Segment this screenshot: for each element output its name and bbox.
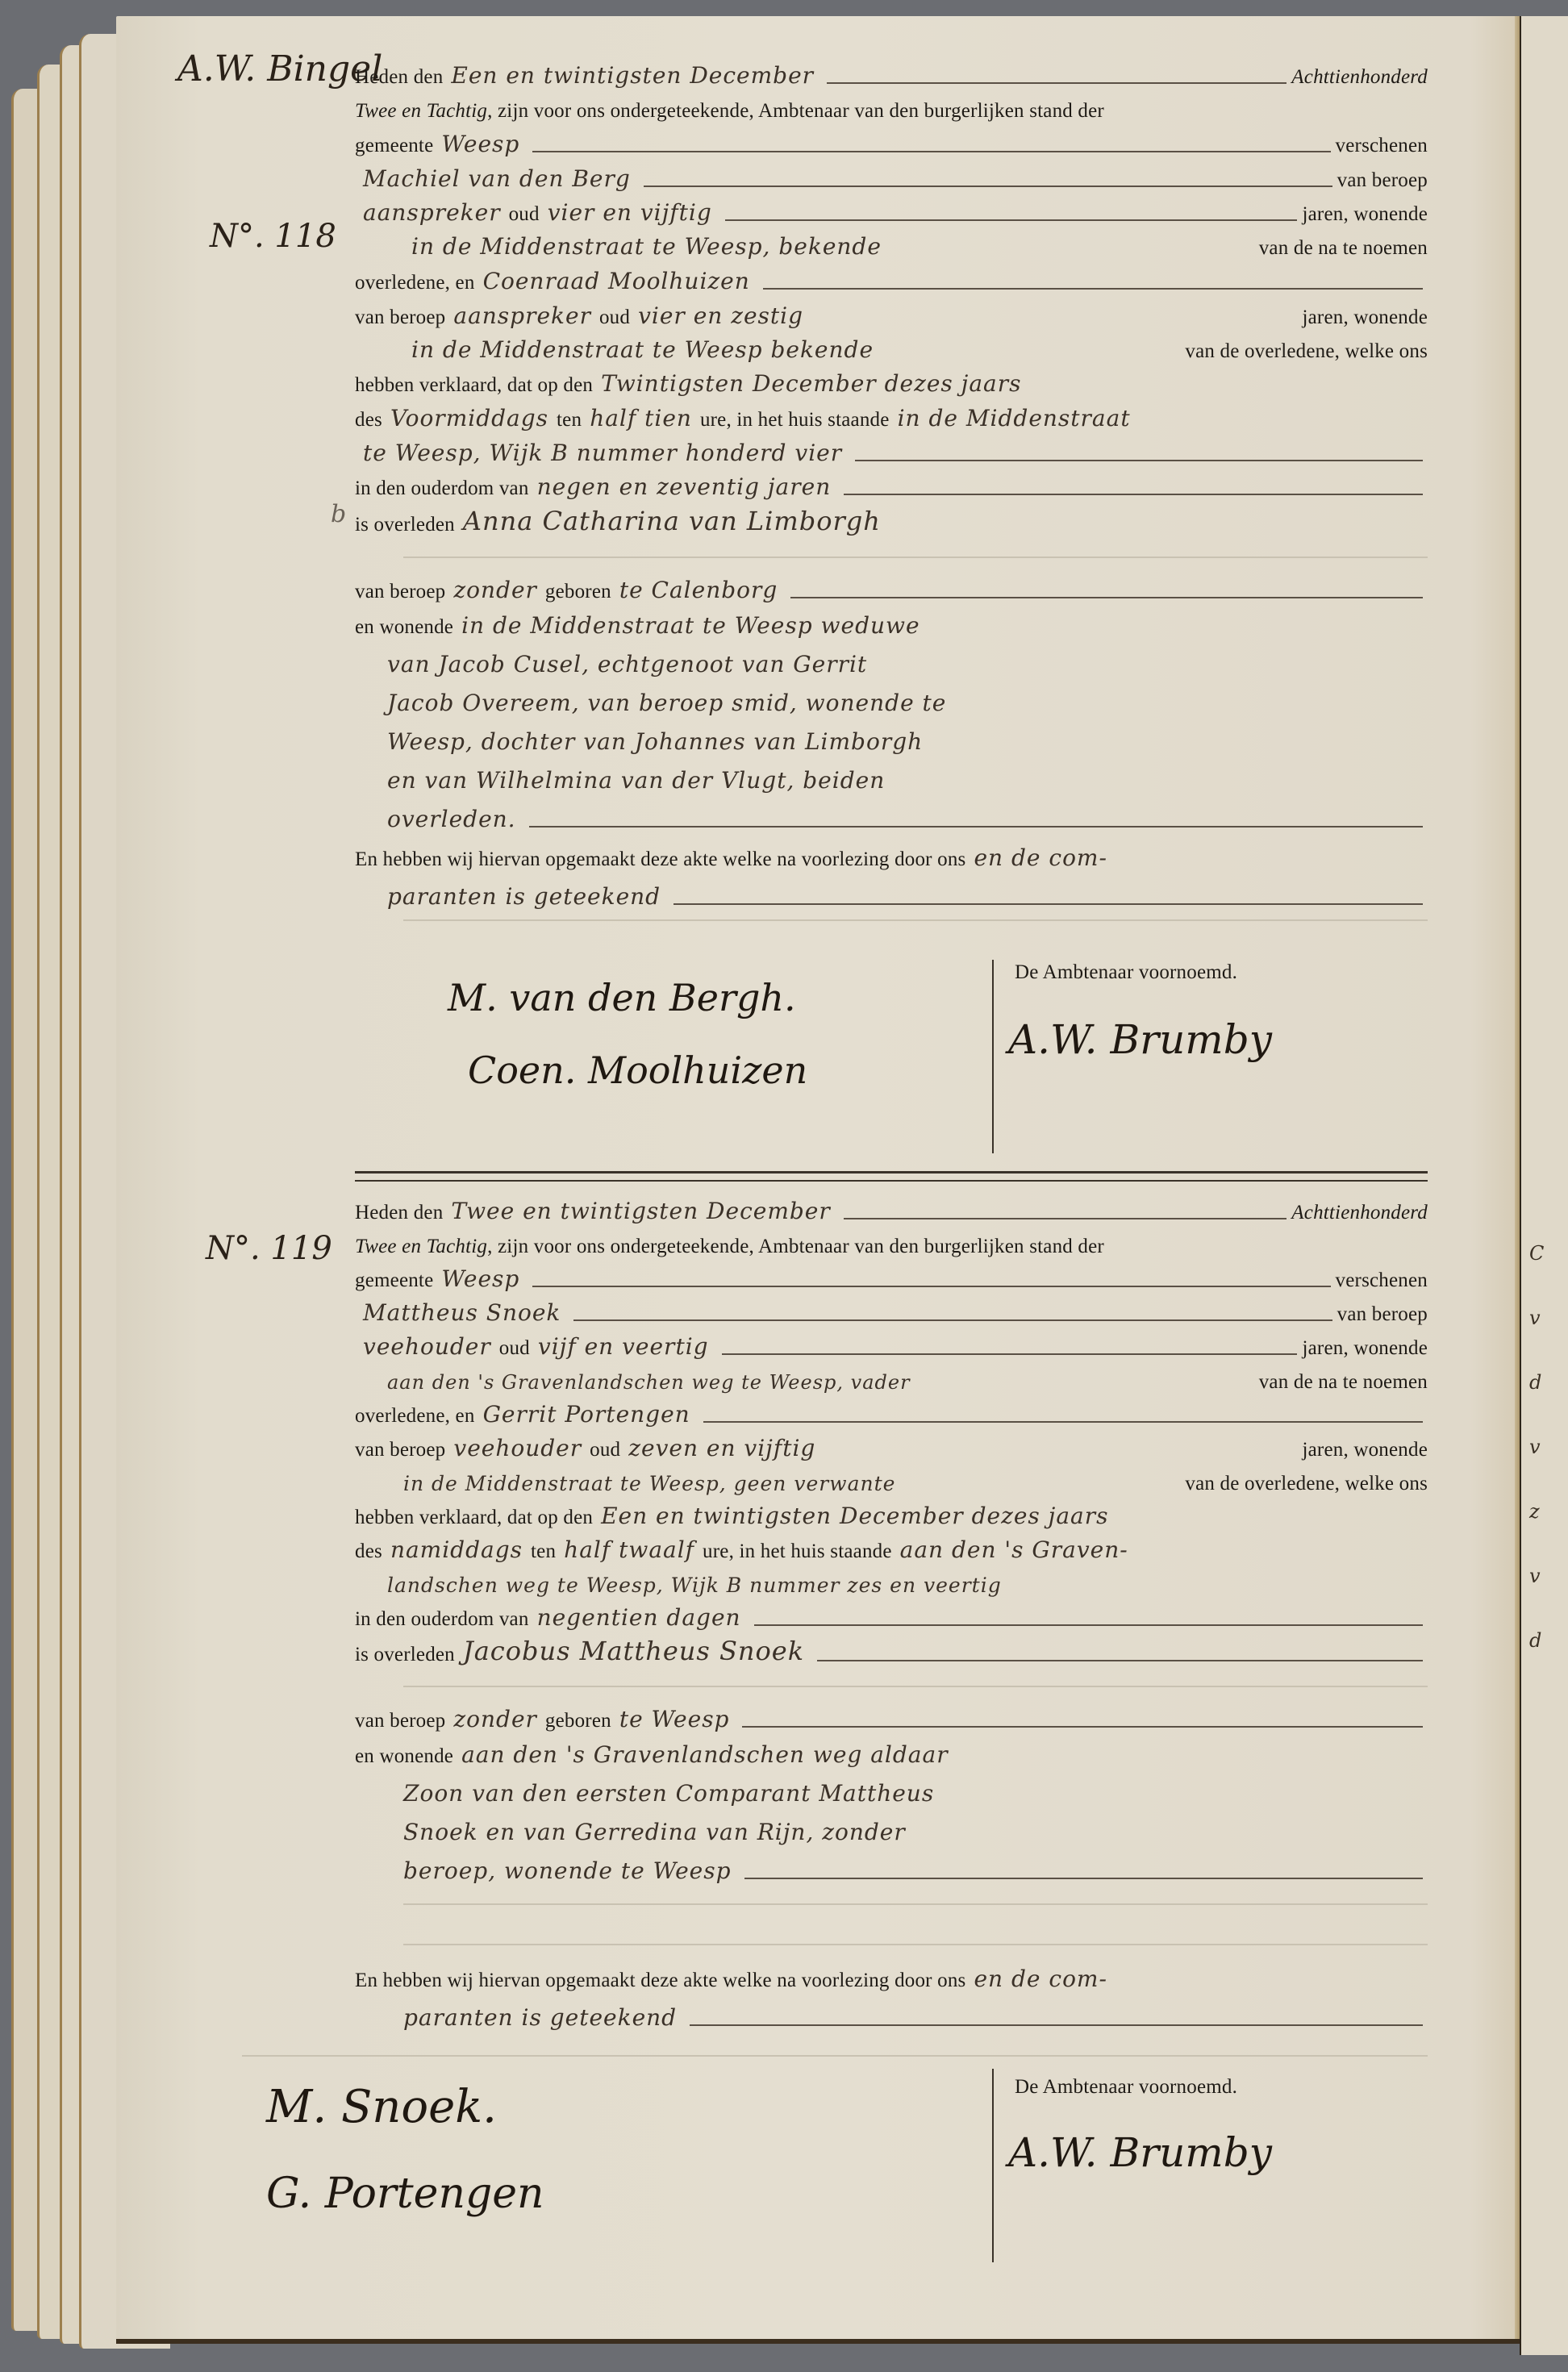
label-intro: , zijn voor ons ondergeteekende, Ambtena… bbox=[487, 1236, 1104, 1258]
label-year-2: Twee en Tachtig bbox=[355, 100, 487, 123]
margin-mark: b bbox=[331, 500, 346, 528]
closing-hand-cont: paranten is geteekend bbox=[387, 883, 661, 910]
label-van-beroep: van beroep bbox=[1337, 169, 1428, 192]
birthplace: te Calenborg bbox=[619, 577, 778, 603]
death-time: half twaalf bbox=[564, 1536, 694, 1563]
gemeente-value: Weesp bbox=[441, 1265, 519, 1292]
official-title: De Ambtenaar voornoemd. bbox=[1015, 961, 1237, 984]
label-oud: oud bbox=[499, 1337, 530, 1360]
signature-informant-2: G. Portengen bbox=[266, 2170, 544, 2218]
residence-line: Jacob Overeem, van beroep smid, wonende … bbox=[387, 690, 946, 716]
time-of-day: namiddags bbox=[390, 1536, 523, 1563]
informant-2-residence: in de Middenstraat te Weesp, geen verwan… bbox=[403, 1472, 895, 1495]
label-ure: ure, in het huis staande bbox=[700, 409, 890, 431]
closing-text: En hebben wij hiervan opgemaakt deze akt… bbox=[355, 848, 965, 871]
entry-date: Een en twintigsten December bbox=[451, 62, 814, 89]
label-is-overleden: is overleden bbox=[355, 1644, 455, 1666]
label-van-de-overledene: van de overledene, welke ons bbox=[1185, 1473, 1428, 1495]
label-heden-den: Heden den bbox=[355, 1202, 443, 1224]
signature-official: A.W. Brumby bbox=[1008, 1016, 1272, 1063]
label-des: des bbox=[355, 1540, 382, 1563]
informant-2-name: Gerrit Portengen bbox=[483, 1401, 690, 1428]
label-ouderdom: in den ouderdom van bbox=[355, 1608, 529, 1631]
label-oud: oud bbox=[599, 306, 630, 329]
deceased-name: Anna Catharina van Limborgh bbox=[463, 506, 881, 536]
label-en-wonende: en wonende bbox=[355, 1745, 453, 1768]
birthplace: te Weesp bbox=[619, 1706, 730, 1732]
label-oud: oud bbox=[509, 203, 540, 226]
deceased-name: Jacobus Mattheus Snoek bbox=[463, 1636, 804, 1666]
occupation-deceased: zonder bbox=[453, 1706, 537, 1732]
time-of-day: Voormiddags bbox=[390, 405, 548, 431]
label-oud: oud bbox=[590, 1439, 620, 1461]
informant-1-occupation: veehouder bbox=[363, 1333, 491, 1360]
label-van-de-na: van de na te noemen bbox=[1259, 237, 1428, 260]
death-date: Twintigsten December dezes jaars bbox=[601, 370, 1021, 397]
margin-signature: A.W. Bingel bbox=[177, 48, 382, 90]
label-van-beroep: van beroep bbox=[1337, 1303, 1428, 1326]
informant-1-age: vier en vijftig bbox=[548, 199, 712, 226]
label-overledene-en: overledene, en bbox=[355, 272, 475, 294]
closing-hand: en de com- bbox=[974, 1966, 1107, 1992]
residence-line: van Jacob Cusel, echtgenoot van Gerrit bbox=[387, 651, 867, 677]
label-gemeente: gemeente bbox=[355, 1269, 433, 1292]
signature-informant-2: Coen. Moolhuizen bbox=[468, 1048, 807, 1092]
label-is-overleden: is overleden bbox=[355, 514, 455, 536]
residence-line: overleden. bbox=[387, 806, 516, 832]
label-jaren-wonende: jaren, wonende bbox=[1302, 1439, 1428, 1461]
house-location-cont: te Weesp, Wijk B nummer honderd vier bbox=[363, 440, 842, 466]
label-year: Achttienhonderd bbox=[1291, 66, 1428, 89]
label-van-beroep: van beroep bbox=[355, 306, 445, 329]
closing-hand-cont: paranten is geteekend bbox=[403, 2004, 677, 2031]
signature-brace bbox=[992, 960, 994, 1153]
occupation-deceased: zonder bbox=[453, 577, 537, 603]
death-date: Een en twintigsten December dezes jaars bbox=[601, 1503, 1108, 1529]
informant-2-name: Coenraad Moolhuizen bbox=[483, 268, 750, 294]
death-time: half tien bbox=[590, 405, 692, 431]
label-intro: , zijn voor ons ondergeteekende, Ambtena… bbox=[487, 100, 1104, 123]
informant-1-name: Mattheus Snoek bbox=[363, 1299, 561, 1326]
residence-line: aan den 's Gravenlandschen weg aldaar bbox=[461, 1741, 948, 1768]
label-en-wonende: en wonende bbox=[355, 616, 453, 639]
signature-official: A.W. Brumby bbox=[1008, 2129, 1272, 2176]
residence-line: Zoon van den eersten Comparant Mattheus bbox=[403, 1780, 934, 1807]
facing-page-strip: C v d v z v d bbox=[1520, 16, 1568, 2355]
label-van-beroep: van beroep bbox=[355, 581, 445, 603]
label-overledene-en: overledene, en bbox=[355, 1405, 475, 1428]
residence-line: in de Middenstraat te Weesp weduwe bbox=[461, 612, 920, 639]
signature-informant-1: M. van den Bergh. bbox=[448, 976, 796, 1019]
label-year-2: Twee en Tachtig bbox=[355, 1236, 487, 1258]
informant-1-residence: in de Middenstraat te Weesp, bekende bbox=[411, 233, 882, 260]
label-gemeente: gemeente bbox=[355, 135, 433, 157]
residence-line: Weesp, dochter van Johannes van Limborgh bbox=[387, 728, 923, 755]
signature-brace bbox=[992, 2069, 994, 2262]
label-van-de-overledene: van de overledene, welke ons bbox=[1185, 340, 1428, 363]
informant-2-occupation: veehouder bbox=[453, 1435, 582, 1461]
residence-line: en van Wilhelmina van der Vlugt, beiden bbox=[387, 767, 885, 794]
label-verschenen: verschenen bbox=[1336, 1269, 1428, 1292]
label-jaren-wonende: jaren, wonende bbox=[1302, 306, 1428, 329]
label-hebben-verklaard: hebben verklaard, dat op den bbox=[355, 1507, 593, 1529]
signature-informant-1: M. Snoek. bbox=[266, 2081, 497, 2133]
label-ure: ure, in het huis staande bbox=[703, 1540, 892, 1563]
label-verschenen: verschenen bbox=[1336, 135, 1428, 157]
informant-2-age: zeven en vijftig bbox=[628, 1435, 815, 1461]
label-hebben-verklaard: hebben verklaard, dat op den bbox=[355, 374, 593, 397]
gemeente-value: Weesp bbox=[441, 131, 519, 157]
label-geboren: geboren bbox=[545, 1710, 611, 1732]
informant-1-residence: aan den 's Gravenlandschen weg te Weesp,… bbox=[387, 1371, 911, 1394]
age-deceased: negen en zeventig jaren bbox=[537, 473, 832, 500]
informant-2-residence: in de Middenstraat te Weesp bekende bbox=[411, 336, 874, 363]
label-jaren-wonende: jaren, wonende bbox=[1302, 1337, 1428, 1360]
entry-date: Twee en twintigsten December bbox=[451, 1198, 830, 1224]
informant-1-occupation: aanspreker bbox=[363, 199, 501, 226]
informant-1-age: vijf en veertig bbox=[538, 1333, 709, 1360]
entry-divider bbox=[355, 1171, 1428, 1182]
residence-line: beroep, wonende te Weesp bbox=[403, 1857, 732, 1884]
closing-text: En hebben wij hiervan opgemaakt deze akt… bbox=[355, 1970, 965, 1992]
closing-hand: en de com- bbox=[974, 844, 1107, 871]
label-van-beroep: van beroep bbox=[355, 1710, 445, 1732]
label-geboren: geboren bbox=[545, 581, 611, 603]
label-des: des bbox=[355, 409, 382, 431]
label-ten: ten bbox=[557, 409, 582, 431]
label-heden-den: Heden den bbox=[355, 66, 443, 89]
informant-1-name: Machiel van den Berg bbox=[363, 165, 631, 192]
entry-number: N°. 118 bbox=[210, 218, 336, 255]
informant-2-occupation: aanspreker bbox=[453, 302, 591, 329]
label-year: Achttienhonderd bbox=[1291, 1202, 1428, 1224]
label-jaren-wonende: jaren, wonende bbox=[1302, 203, 1428, 226]
label-van-de-na: van de na te noemen bbox=[1259, 1371, 1428, 1394]
residence-line: Snoek en van Gerredina van Rijn, zonder bbox=[403, 1819, 906, 1845]
entry-number: N°. 119 bbox=[206, 1230, 332, 1267]
label-van-beroep: van beroep bbox=[355, 1439, 445, 1461]
age-deceased: negentien dagen bbox=[537, 1604, 741, 1631]
label-ouderdom: in den ouderdom van bbox=[355, 477, 529, 500]
house-location-cont: landschen weg te Weesp, Wijk B nummer ze… bbox=[387, 1574, 1002, 1597]
label-ten: ten bbox=[531, 1540, 556, 1563]
house-location: aan den 's Graven- bbox=[900, 1536, 1128, 1563]
informant-2-age: vier en zestig bbox=[638, 302, 803, 329]
house-location: in de Middenstraat bbox=[898, 405, 1131, 431]
official-title: De Ambtenaar voornoemd. bbox=[1015, 2076, 1237, 2099]
